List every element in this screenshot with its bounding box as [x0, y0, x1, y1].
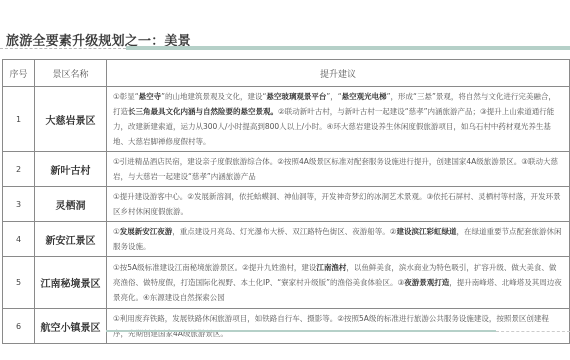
row-scenic-name: 江南秘境景区	[35, 257, 107, 309]
row-suggestion: ①彰显“悬空寺”的山地建筑景观及文化，建设“悬空玻璃观景平台”，“悬空观光电梯”…	[107, 87, 570, 152]
row-index: 6	[3, 309, 35, 344]
highlight-text: 悬空寺	[139, 92, 162, 101]
suggestion-text: ①按5A级标准建设江南秘境旅游景区。②提升九姓渔村，建设	[113, 263, 316, 272]
highlight-text: 江南渔村	[316, 263, 346, 272]
row-scenic-name: 大慈岩景区	[35, 87, 107, 152]
row-scenic-name: 新安江景区	[35, 222, 107, 257]
table-row: 2 新叶古村 ①引进精品酒店民宿，建设亲子度假旅游综合体。②按照4A级景区标准对…	[3, 152, 570, 187]
highlight-text: 长三角最具文化内涵与自然险要的悬空景观。	[128, 107, 278, 116]
table-bottom-accent-bar	[106, 330, 496, 332]
row-suggestion: ①提升建设游客中心。②发展新溶洞，依托蛤蟆洞、神仙洞等，开发神奇梦幻的冰洞艺术景…	[107, 187, 570, 222]
row-suggestion: ①引进精品酒店民宿，建设亲子度假旅游综合体。②按照4A级景区标准对配套服务设施进…	[107, 152, 570, 187]
header-suggestions: 提升建议	[107, 60, 570, 87]
row-scenic-name: 航空小镇景区	[35, 309, 107, 344]
table-header-row: 序号 景区名称 提升建议	[3, 60, 570, 87]
suggestion-text: ①彰显“	[113, 92, 139, 101]
highlight-text: 悬空玻璃观景平台	[266, 92, 326, 101]
suggestion-text: ①利用废弃铁路，发展铁路休闲旅游项目，如铁路自行车、摄影等。②按照5A级的标准进…	[113, 314, 549, 338]
highlight-text: 夜游景观打造	[404, 278, 449, 287]
suggestion-text: ”，“	[326, 92, 341, 101]
table-row: 4 新安江景区 ①发展新安江夜游，重点建设月亮岛、灯光瀑布大桥、双江路特色街区、…	[3, 222, 570, 257]
table-row: 6 航空小镇景区 ①利用废弃铁路，发展铁路休闲旅游项目，如铁路自行车、摄影等。②…	[3, 309, 570, 344]
highlight-text: 建设滨江彩虹绿道	[396, 227, 456, 236]
header-index: 序号	[3, 60, 35, 87]
row-index: 2	[3, 152, 35, 187]
table-row: 3 灵栖洞 ①提升建设游客中心。②发展新溶洞，依托蛤蟆洞、神仙洞等，开发神奇梦幻…	[3, 187, 570, 222]
row-suggestion: ①按5A级标准建设江南秘境旅游景区。②提升九姓渔村，建设江南渔村，以鱼鲜美食，滨…	[107, 257, 570, 309]
suggestion-text: ①	[113, 227, 120, 236]
table-row: 1 大慈岩景区 ①彰显“悬空寺”的山地建筑景观及文化，建设“悬空玻璃观景平台”，…	[3, 87, 570, 152]
highlight-text: 悬空观光电梯	[342, 92, 387, 101]
row-scenic-name: 新叶古村	[35, 152, 107, 187]
row-suggestion: ①发展新安江夜游，重点建设月亮岛、灯光瀑布大桥、双江路特色街区、夜游船等。②建设…	[107, 222, 570, 257]
row-index: 4	[3, 222, 35, 257]
header-scenic-name: 景区名称	[35, 60, 107, 87]
suggestion-text: ①引进精品酒店民宿，建设亲子度假旅游综合体。②按照4A级景区标准对配套服务设施进…	[113, 157, 558, 181]
row-suggestion: ①利用废弃铁路，发展铁路休闲旅游项目，如铁路自行车、摄影等。②按照5A级的标准进…	[107, 309, 570, 344]
title-dashed-rule	[0, 48, 126, 49]
table-bottom-dashed-rule	[496, 331, 570, 332]
suggestion-text: ”的山地建筑景观及文化，建设“	[161, 92, 266, 101]
highlight-text: 发展新安江夜游	[120, 227, 173, 236]
row-index: 1	[3, 87, 35, 152]
row-index: 3	[3, 187, 35, 222]
title-accent-bar	[126, 46, 570, 50]
row-scenic-name: 灵栖洞	[35, 187, 107, 222]
table-row: 5 江南秘境景区 ①按5A级标准建设江南秘境旅游景区。②提升九姓渔村，建设江南渔…	[3, 257, 570, 309]
row-index: 5	[3, 257, 35, 309]
suggestion-text: ①提升建设游客中心。②发展新溶洞，依托蛤蟆洞、神仙洞等，开发神奇梦幻的冰洞艺术景…	[113, 192, 561, 216]
upgrade-plan-table: 序号 景区名称 提升建议 1 大慈岩景区 ①彰显“悬空寺”的山地建筑景观及文化，…	[2, 59, 570, 344]
suggestion-text: ，重点建设月亮岛、灯光瀑布大桥、双江路特色街区、夜游船等。②	[172, 227, 396, 236]
